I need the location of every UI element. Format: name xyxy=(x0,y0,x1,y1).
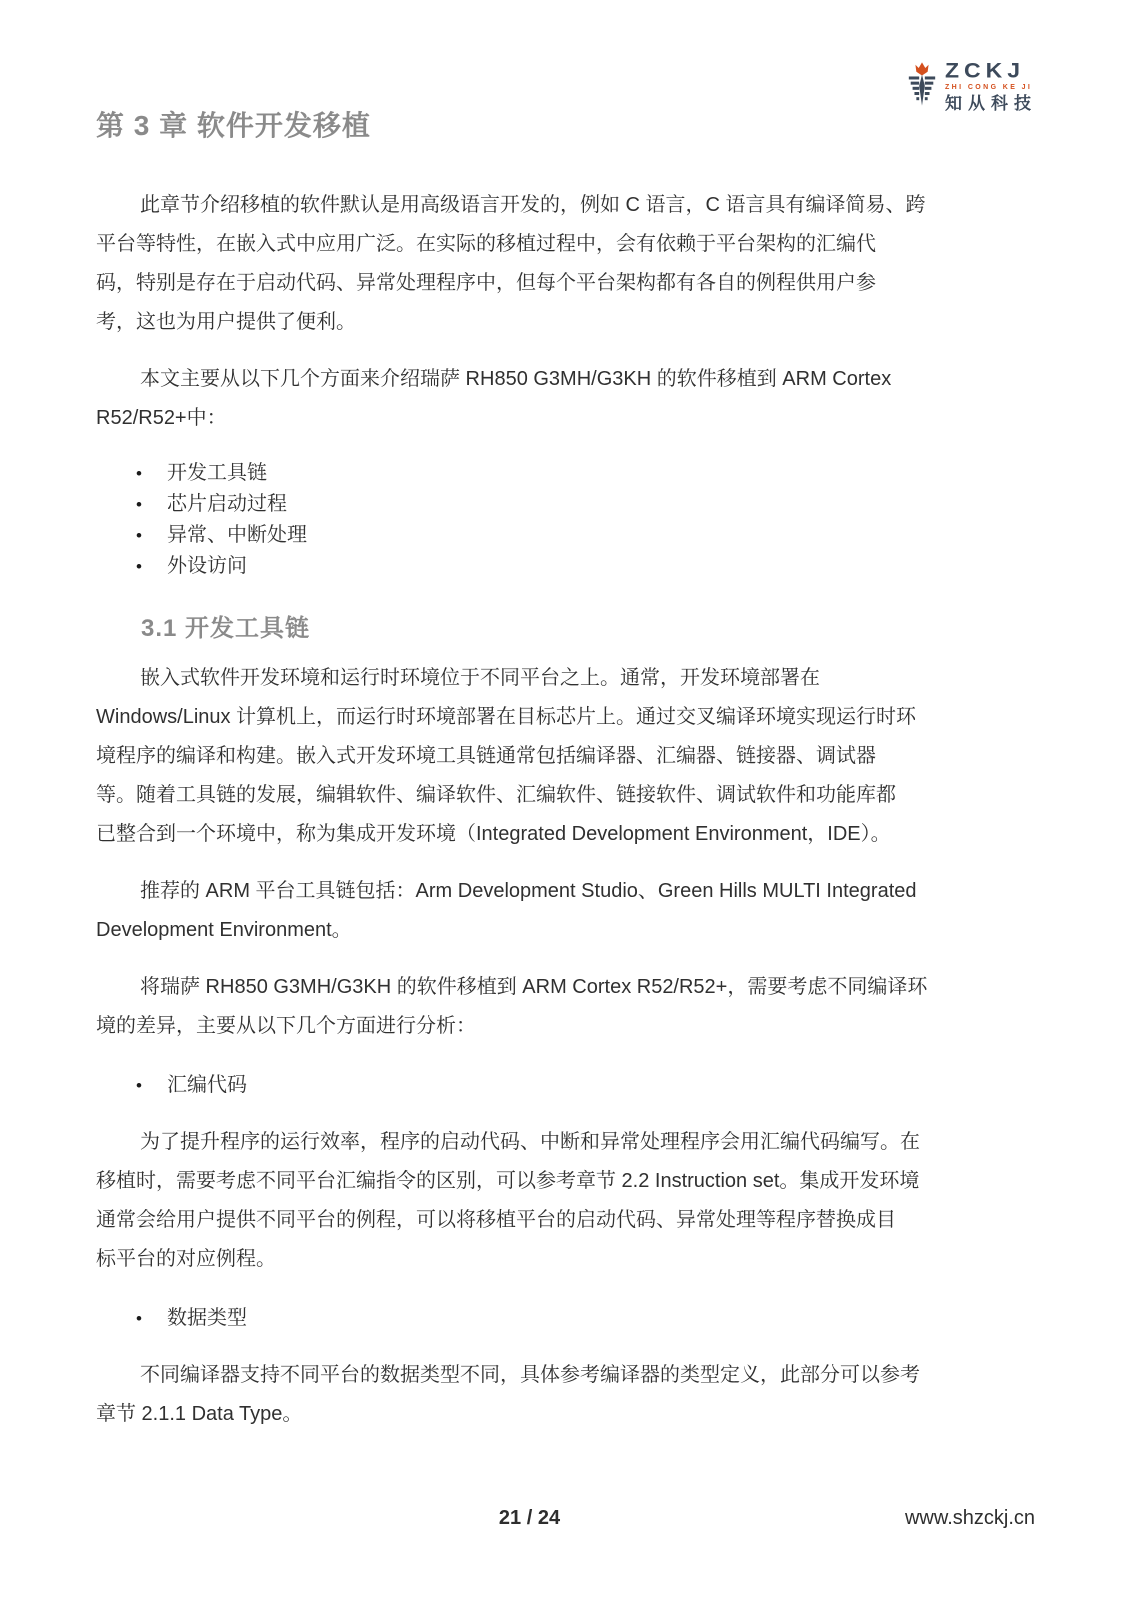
assembly-bullet-list: • 汇编代码 xyxy=(96,1070,1035,1101)
list-item: • 开发工具链 xyxy=(96,458,1035,489)
bullet-marker: • xyxy=(136,489,167,520)
porting-paragraph: 将瑞萨 RH850 G3MH/G3KH 的软件移植到 ARM Cortex R5… xyxy=(96,968,1035,1046)
page-number: 21 / 24 xyxy=(0,1507,1059,1530)
recommend-paragraph: 推荐的 ARM 平台工具链包括：Arm Development Studio、G… xyxy=(96,872,1035,950)
logo-wordmark: ZCKJ xyxy=(945,60,1037,80)
intro-paragraph: 此章节介绍移植的软件默认是用高级语言开发的，例如 C 语言，C 语言具有编译简易… xyxy=(96,186,1035,342)
list-item-label: 数据类型 xyxy=(167,1303,247,1334)
list-item: • 芯片启动过程 xyxy=(96,489,1035,520)
list-item-label: 芯片启动过程 xyxy=(167,489,287,520)
bullet-marker: • xyxy=(136,551,167,582)
list-item-label: 异常、中断处理 xyxy=(167,520,307,551)
logo-tagline: ZHI CONG KE JI xyxy=(945,83,1037,92)
datatype-bullet-list: • 数据类型 xyxy=(96,1303,1035,1334)
footer-website: www.shzckj.cn xyxy=(905,1507,1035,1530)
list-item-label: 汇编代码 xyxy=(167,1070,247,1101)
list-item: • 异常、中断处理 xyxy=(96,520,1035,551)
list-item: • 汇编代码 xyxy=(96,1070,1035,1101)
datatype-paragraph: 不同编译器支持不同平台的数据类型不同，具体参考编译器的类型定义，此部分可以参考 … xyxy=(96,1356,1035,1434)
list-item: • 外设访问 xyxy=(96,551,1035,582)
zckj-flame-icon xyxy=(906,60,938,108)
bullet-marker: • xyxy=(136,520,167,551)
section-title: 3.1 开发工具链 xyxy=(141,608,1035,643)
bullet-marker: • xyxy=(136,1303,167,1334)
document-content: 第 3 章 软件开发移植 此章节介绍移植的软件默认是用高级语言开发的，例如 C … xyxy=(96,104,1035,1452)
overview-bullet-list: • 开发工具链 • 芯片启动过程 • 异常、中断处理 • 外设访问 xyxy=(96,458,1035,582)
list-item-label: 开发工具链 xyxy=(167,458,267,489)
bullet-marker: • xyxy=(136,1070,167,1101)
list-item-label: 外设访问 xyxy=(167,551,247,582)
chapter-title: 第 3 章 软件开发移植 xyxy=(96,104,1035,144)
document-page: ZCKJ ZHI CONG KE JI 知从科技 第 3 章 软件开发移植 此章… xyxy=(0,0,1131,1600)
bullet-marker: • xyxy=(136,458,167,489)
assembly-paragraph: 为了提升程序的运行效率，程序的启动代码、中断和异常处理程序会用汇编代码编写。在 … xyxy=(96,1123,1035,1279)
list-item: • 数据类型 xyxy=(96,1303,1035,1334)
toolchain-paragraph: 嵌入式软件开发环境和运行时环境位于不同平台之上。通常，开发环境部署在 Windo… xyxy=(96,659,1035,854)
scope-paragraph: 本文主要从以下几个方面来介绍瑞萨 RH850 G3MH/G3KH 的软件移植到 … xyxy=(96,360,1035,438)
